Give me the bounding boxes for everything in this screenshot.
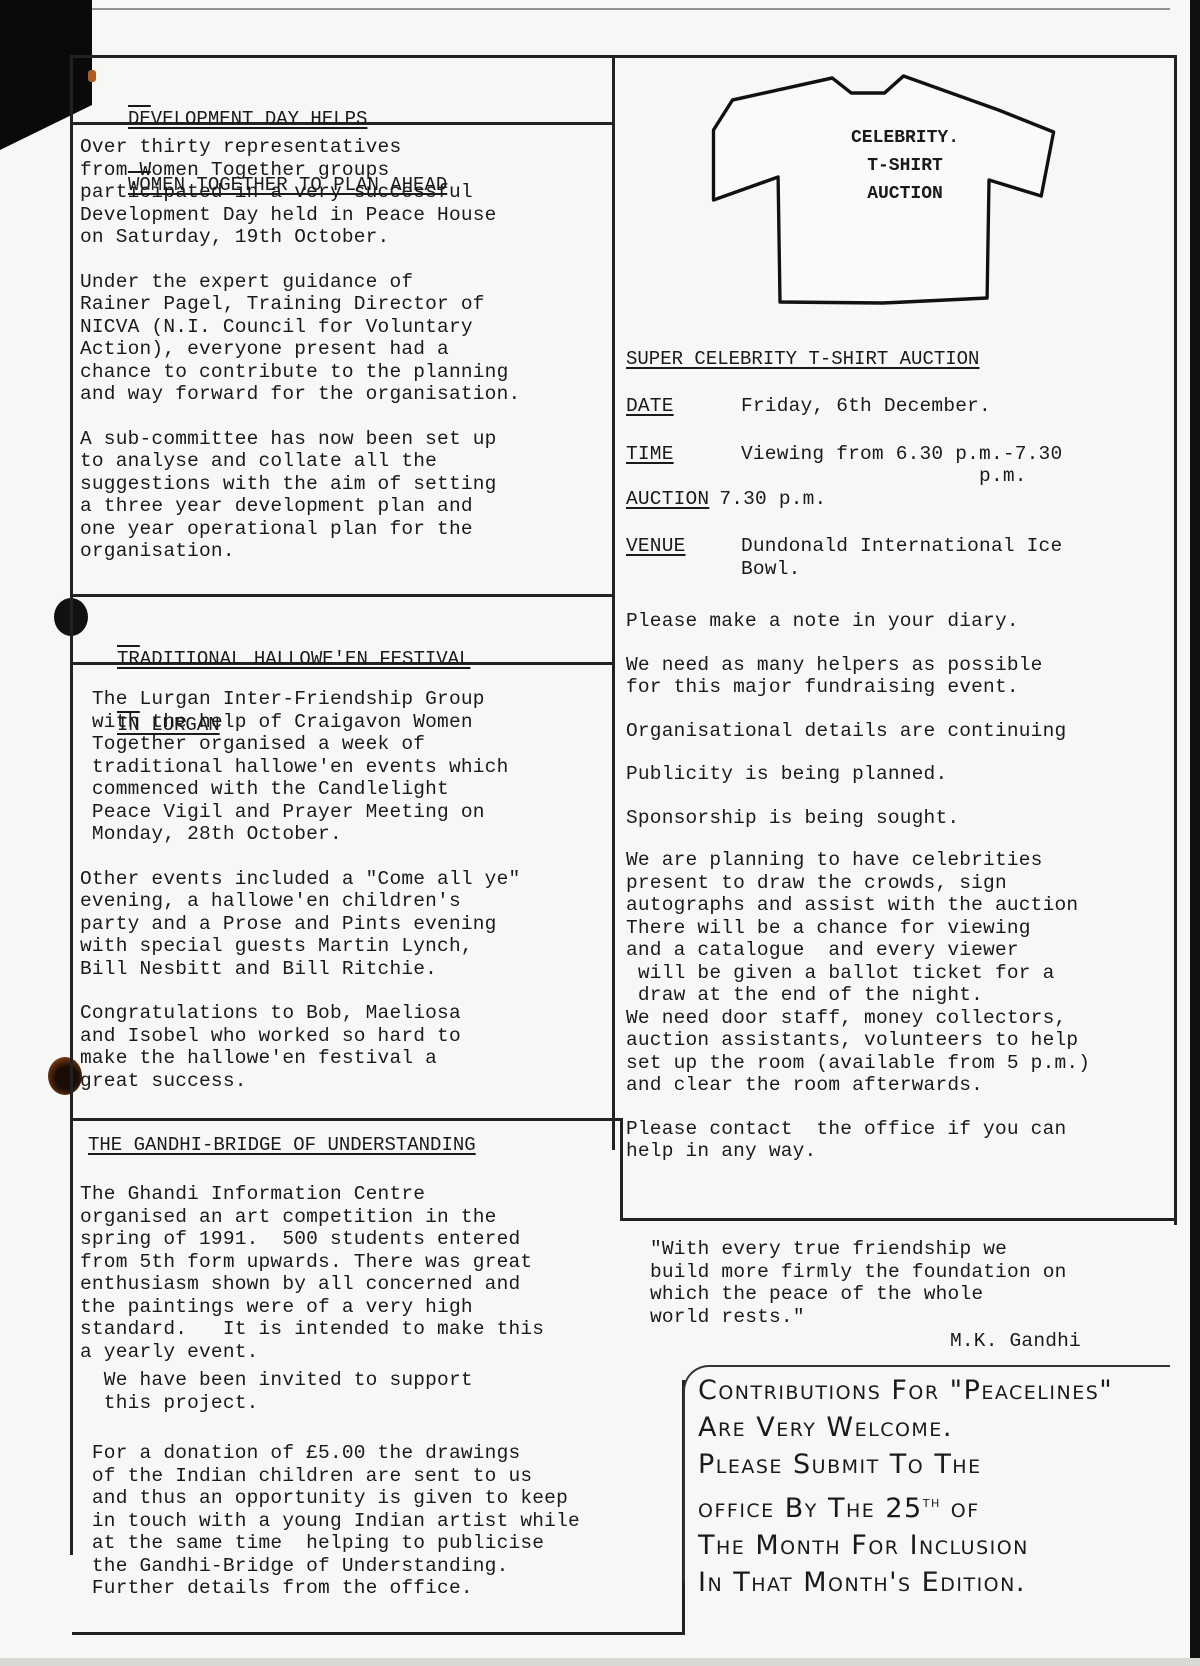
paragraph: A sub-committee has now been set up to a…	[80, 428, 520, 563]
rule	[1174, 55, 1177, 1225]
rule	[620, 1218, 1177, 1221]
page-bottom-edge	[0, 1658, 1200, 1666]
notice-line: office By The 25th of	[698, 1483, 1113, 1527]
detail-value: Friday, 6th December.	[741, 395, 991, 418]
rule	[70, 55, 73, 1555]
rule	[72, 1632, 682, 1635]
article-development-day-body: Over thirty representatives from Women T…	[80, 136, 520, 563]
paragraph: Over thirty representatives from Women T…	[80, 136, 520, 249]
headline-auction: SUPER CELEBRITY T-SHIRT AUCTION	[626, 348, 979, 370]
rule	[72, 55, 1177, 58]
paragraph: Please make a note in your diary.	[626, 610, 1090, 633]
punch-hole	[48, 1057, 82, 1095]
contributions-notice: Contributions For "Peacelines"Are Very W…	[698, 1372, 1113, 1601]
headline-line: DEVELOPMENT DAY HELPS	[128, 108, 447, 130]
paragraph: The Ghandi Information Centre organised …	[80, 1183, 580, 1363]
detail-row: AUCTION7.30 p.m.	[626, 488, 1062, 511]
detail-row: TIMEViewing from 6.30 p.m.-7.30 p.m.	[626, 443, 1062, 488]
scan-edge	[1190, 0, 1200, 1666]
detail-label: TIME	[626, 443, 741, 488]
paragraph: For a donation of £5.00 the drawings of …	[80, 1442, 580, 1600]
gandhi-quote: "With every true friendship we build mor…	[650, 1238, 1067, 1328]
headline-line: TRADITIONAL HALLOWE'EN FESTIVAL	[117, 648, 470, 670]
rule	[70, 1118, 620, 1121]
auction-body: Please make a note in your diary.We need…	[626, 610, 1090, 1163]
notice-line: The Month For Inclusion	[698, 1527, 1113, 1564]
paragraph: Please contact the office if you can hel…	[626, 1118, 1090, 1163]
paragraph: Sponsorship is being sought.	[626, 807, 1090, 830]
tshirt-label: CELEBRITY. T-SHIRT AUCTION	[795, 124, 1015, 208]
article-halloween-body: The Lurgan Inter-Friendship Group with t…	[80, 688, 520, 1092]
detail-label: VENUE	[626, 535, 741, 580]
detail-row: VENUEDundonald International Ice Bowl.	[626, 535, 1062, 580]
page-edge	[90, 8, 1170, 10]
column-divider	[612, 55, 615, 1150]
paragraph: The Lurgan Inter-Friendship Group with t…	[80, 688, 520, 846]
headline-gandhi-bridge: THE GANDHI-BRIDGE OF UNDERSTANDING	[88, 1134, 476, 1156]
detail-row: DATEFriday, 6th December.	[626, 395, 1062, 418]
scan-shadow	[0, 0, 92, 150]
notice-line: Are Very Welcome.	[698, 1409, 1113, 1446]
detail-label: AUCTION	[626, 488, 709, 511]
article-gandhi-body: The Ghandi Information Centre organised …	[80, 1183, 580, 1600]
notice-line: Please Submit To The	[698, 1446, 1113, 1483]
paragraph: Organisational details are continuing	[626, 720, 1090, 743]
paragraph: Other events included a "Come all ye" ev…	[80, 868, 520, 981]
detail-label: DATE	[626, 395, 741, 418]
paragraph: Under the expert guidance of Rainer Page…	[80, 271, 520, 406]
rule	[70, 594, 615, 597]
paragraph: We are planning to have celebrities pres…	[626, 849, 1090, 1097]
rust-mark	[88, 70, 96, 82]
auction-details: DATEFriday, 6th December.TIMEViewing fro…	[626, 395, 1062, 605]
paragraph: Congratulations to Bob, Maeliosa and Iso…	[80, 1002, 520, 1092]
detail-value: Viewing from 6.30 p.m.-7.30 p.m.	[741, 443, 1062, 488]
quote-author: M.K. Gandhi	[950, 1330, 1081, 1353]
rule	[620, 1118, 623, 1218]
notice-line: In That Month's Edition.	[698, 1564, 1113, 1601]
detail-value: 7.30 p.m.	[719, 488, 826, 511]
paragraph: Publicity is being planned.	[626, 763, 1090, 786]
paragraph: We have been invited to support this pro…	[80, 1369, 580, 1414]
notice-line: Contributions For "Peacelines"	[698, 1372, 1113, 1409]
detail-value: Dundonald International Ice Bowl.	[741, 535, 1062, 580]
paragraph: We need as many helpers as possible for …	[626, 654, 1090, 699]
